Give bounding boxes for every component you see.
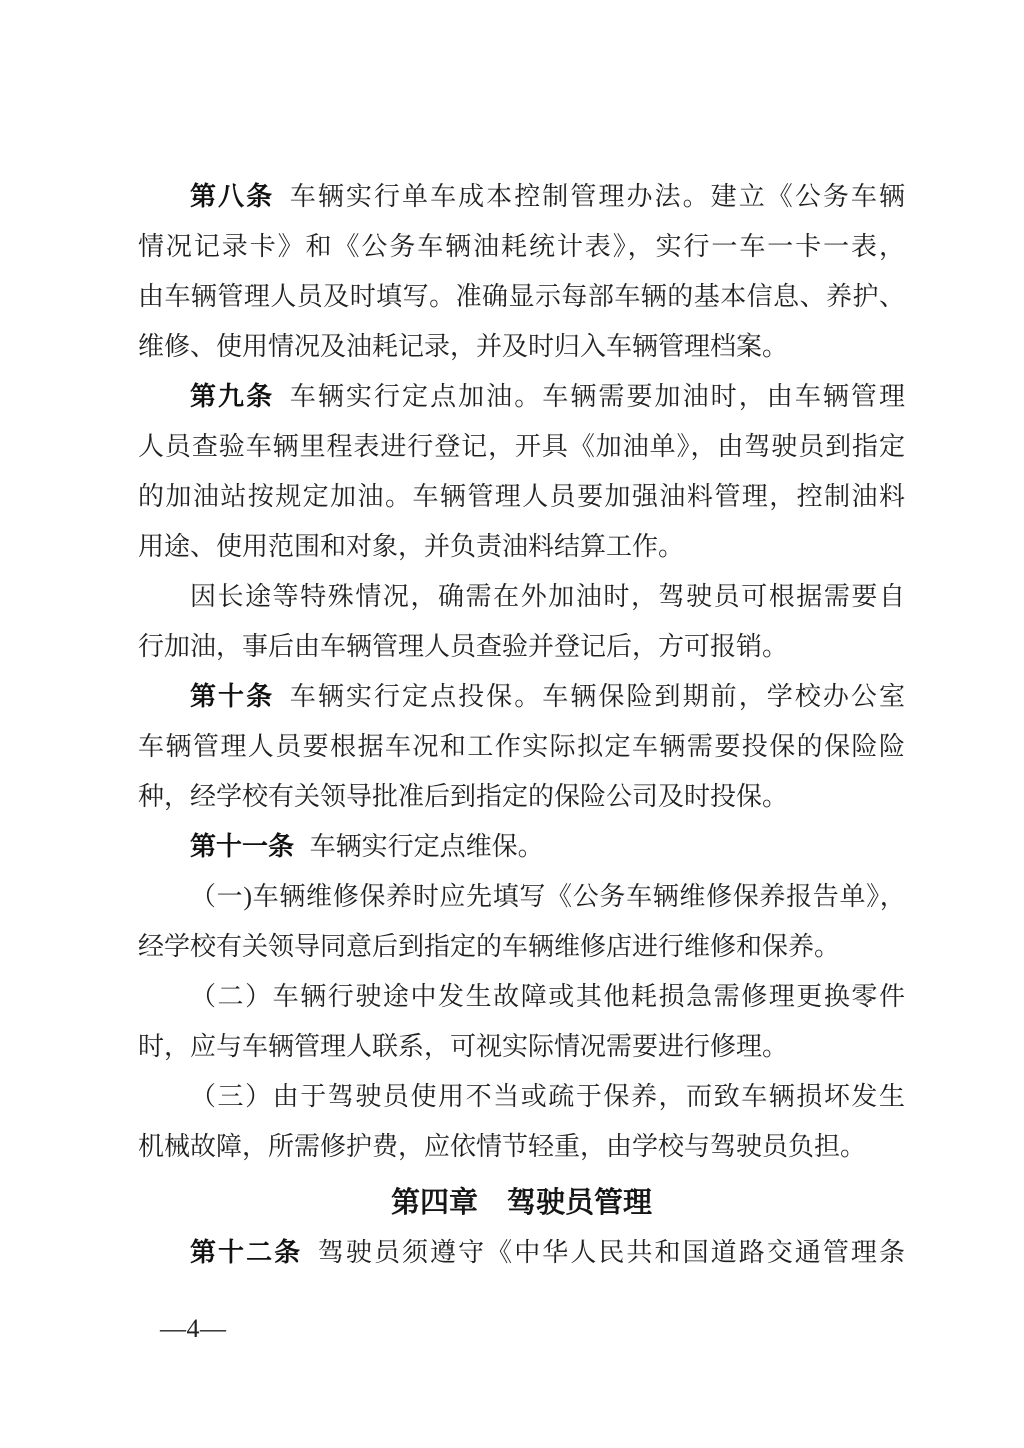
text-line: 的加油站按规定加油。车辆管理人员要加强油料管理，控制油料	[138, 472, 905, 522]
text-line: 因长途等特殊情况，确需在外加油时，驾驶员可根据需要自	[138, 572, 905, 622]
line-text: 车辆实行定点投保。车辆保险到期前，学校办公室	[290, 682, 905, 711]
text-line: 人员查验车辆里程表进行登记，开具《加油单》，由驾驶员到指定	[138, 422, 905, 472]
text-line: 第十条车辆实行定点投保。车辆保险到期前，学校办公室	[138, 672, 905, 722]
article-11-item-1: （一)车辆维修保养时应先填写《公务车辆维修保养报告单》，经学校有关领导同意后到指…	[138, 872, 905, 972]
text-line: 车辆管理人员要根据车况和工作实际拟定车辆需要投保的保险险	[138, 722, 905, 772]
line-text: 车辆实行单车成本控制管理办法。建立《公务车辆	[290, 182, 905, 211]
article-number-label: 第十二条	[190, 1238, 302, 1267]
text-line: 经学校有关领导同意后到指定的车辆维修店进行维修和保养。	[138, 922, 905, 972]
text-line: 第十二条驾驶员须遵守《中华人民共和国道路交通管理条	[138, 1228, 905, 1278]
line-text: 情况记录卡》和《公务车辆油耗统计表》，实行一车一卡一表，	[138, 232, 905, 261]
line-text: 因长途等特殊情况，确需在外加油时，驾驶员可根据需要自	[190, 582, 905, 611]
line-text: 机械故障，所需修护费，应依情节轻重，由学校与驾驶员负担。	[138, 1132, 866, 1161]
line-text: 用途、使用范围和对象，并负责油料结算工作。	[138, 532, 684, 561]
text-line: 用途、使用范围和对象，并负责油料结算工作。	[138, 522, 905, 572]
line-text: 维修、使用情况及油耗记录，并及时归入车辆管理档案。	[138, 332, 788, 361]
line-text: 时，应与车辆管理人联系，可视实际情况需要进行修理。	[138, 1032, 788, 1061]
article-number-label: 第九条	[190, 382, 274, 411]
article-9: 第九条车辆实行定点加油。车辆需要加油时，由车辆管理人员查验车辆里程表进行登记，开…	[138, 372, 905, 572]
article-10: 第十条车辆实行定点投保。车辆保险到期前，学校办公室车辆管理人员要根据车况和工作实…	[138, 672, 905, 822]
line-text: 车辆实行定点加油。车辆需要加油时，由车辆管理	[290, 382, 905, 411]
line-text: （一)车辆维修保养时应先填写《公务车辆维修保养报告单》，	[190, 882, 905, 911]
line-text: 的加油站按规定加油。车辆管理人员要加强油料管理，控制油料	[138, 482, 905, 511]
line-text: （二）车辆行驶途中发生故障或其他耗损急需修理更换零件	[190, 982, 905, 1011]
text-body: 第八条车辆实行单车成本控制管理办法。建立《公务车辆情况记录卡》和《公务车辆油耗统…	[138, 172, 905, 1278]
text-line: 第九条车辆实行定点加油。车辆需要加油时，由车辆管理	[138, 372, 905, 422]
article-11-item-2: （二）车辆行驶途中发生故障或其他耗损急需修理更换零件时，应与车辆管理人联系，可视…	[138, 972, 905, 1072]
line-text: （三）由于驾驶员使用不当或疏于保养，而致车辆损坏发生	[190, 1082, 905, 1111]
text-line: 时，应与车辆管理人联系，可视实际情况需要进行修理。	[138, 1022, 905, 1072]
text-line: （三）由于驾驶员使用不当或疏于保养，而致车辆损坏发生	[138, 1072, 905, 1122]
text-line: 机械故障，所需修护费，应依情节轻重，由学校与驾驶员负担。	[138, 1122, 905, 1172]
line-text: 行加油，事后由车辆管理人员查验并登记后，方可报销。	[138, 632, 788, 661]
text-line: 种，经学校有关领导批准后到指定的保险公司及时投保。	[138, 772, 905, 822]
article-8: 第八条车辆实行单车成本控制管理办法。建立《公务车辆情况记录卡》和《公务车辆油耗统…	[138, 172, 905, 372]
fueling-exception-para: 因长途等特殊情况，确需在外加油时，驾驶员可根据需要自行加油，事后由车辆管理人员查…	[138, 572, 905, 672]
document-page: 第八条车辆实行单车成本控制管理办法。建立《公务车辆情况记录卡》和《公务车辆油耗统…	[0, 0, 1024, 1448]
line-text: 车辆管理人员要根据车况和工作实际拟定车辆需要投保的保险险	[138, 732, 905, 761]
line-text: 车辆实行定点维保。	[310, 832, 544, 861]
text-line: 情况记录卡》和《公务车辆油耗统计表》，实行一车一卡一表，	[138, 222, 905, 272]
text-line: （一)车辆维修保养时应先填写《公务车辆维修保养报告单》，	[138, 872, 905, 922]
text-line: 行加油，事后由车辆管理人员查验并登记后，方可报销。	[138, 622, 905, 672]
article-number-label: 第十条	[190, 682, 274, 711]
text-line: 维修、使用情况及油耗记录，并及时归入车辆管理档案。	[138, 322, 905, 372]
text-line: （二）车辆行驶途中发生故障或其他耗损急需修理更换零件	[138, 972, 905, 1022]
line-text: 种，经学校有关领导批准后到指定的保险公司及时投保。	[138, 782, 788, 811]
line-text: 经学校有关领导同意后到指定的车辆维修店进行维修和保养。	[138, 932, 840, 961]
chapter-4-heading: 第四章 驾驶员管理	[138, 1178, 905, 1228]
article-12: 第十二条驾驶员须遵守《中华人民共和国道路交通管理条	[138, 1228, 905, 1278]
article-number-label: 第八条	[190, 182, 274, 211]
text-line: 第十一条车辆实行定点维保。	[138, 822, 905, 872]
line-text: 由车辆管理人员及时填写。准确显示每部车辆的基本信息、养护、	[138, 282, 905, 311]
article-11-item-3: （三）由于驾驶员使用不当或疏于保养，而致车辆损坏发生机械故障，所需修护费，应依情…	[138, 1072, 905, 1172]
article-11: 第十一条车辆实行定点维保。	[138, 822, 905, 872]
article-number-label: 第十一条	[190, 832, 294, 861]
text-line: 由车辆管理人员及时填写。准确显示每部车辆的基本信息、养护、	[138, 272, 905, 322]
text-line: 第八条车辆实行单车成本控制管理办法。建立《公务车辆	[138, 172, 905, 222]
line-text: 人员查验车辆里程表进行登记，开具《加油单》，由驾驶员到指定	[138, 432, 905, 461]
line-text: 驾驶员须遵守《中华人民共和国道路交通管理条	[318, 1238, 905, 1267]
page-number: —4—	[160, 1312, 227, 1346]
